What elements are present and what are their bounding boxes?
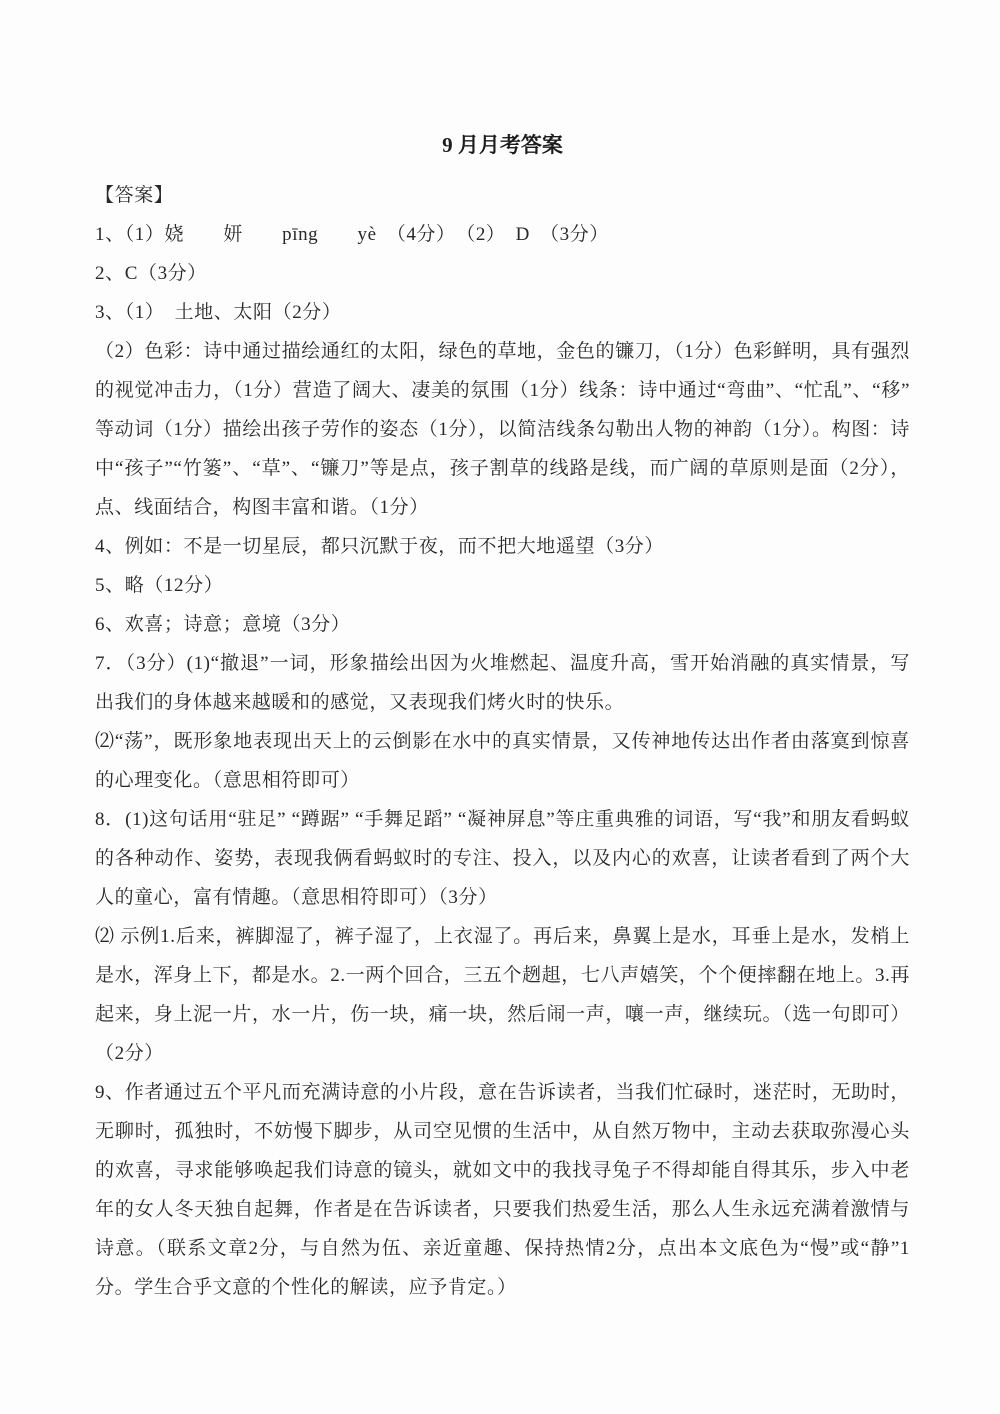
answer-q7-part2: ⑵“荡”，既形象地表现出天上的云倒影在水中的真实情景，又传神地传达出作者由落寞到… bbox=[95, 722, 910, 800]
answer-q3-part2: （2）色彩：诗中通过描绘通红的太阳，绿色的草地，金色的镰刀，（1分）色彩鲜明，具… bbox=[95, 332, 910, 527]
answers-section-label: 【答案】 bbox=[95, 176, 910, 215]
answer-q4: 4、例如：不是一切星辰，都只沉默于夜，而不把大地遥望（3分） bbox=[95, 527, 910, 566]
answer-q1: 1、（1）娆 妍 pīng yè （4分） （2） D （3分） bbox=[95, 215, 910, 254]
answer-q8-part2: ⑵ 示例1.后来，裤脚湿了，裤子湿了，上衣湿了。再后来，鼻翼上是水，耳垂上是水，… bbox=[95, 917, 910, 1073]
page-title: 9 月月考答案 bbox=[95, 130, 910, 160]
document-page: 9 月月考答案 【答案】 1、（1）娆 妍 pīng yè （4分） （2） D… bbox=[0, 0, 1000, 1414]
answer-q5: 5、略（12分） bbox=[95, 566, 910, 605]
answer-q3-part1: 3、（1） 土地、太阳（2分） bbox=[95, 293, 910, 332]
answer-q9: 9、作者通过五个平凡而充满诗意的小片段，意在告诉读者，当我们忙碌时，迷茫时，无助… bbox=[95, 1073, 910, 1307]
answer-q7-part1: 7．（3分）(1)“撤退”一词，形象描绘出因为火堆燃起、温度升高，雪开始消融的真… bbox=[95, 644, 910, 722]
answer-q8-part1: 8．(1)这句话用“驻足” “蹲踞” “手舞足蹈” “凝神屏息”等庄重典雅的词语… bbox=[95, 800, 910, 917]
answer-q6: 6、欢喜；诗意；意境（3分） bbox=[95, 605, 910, 644]
answer-q2: 2、C（3分） bbox=[95, 254, 910, 293]
